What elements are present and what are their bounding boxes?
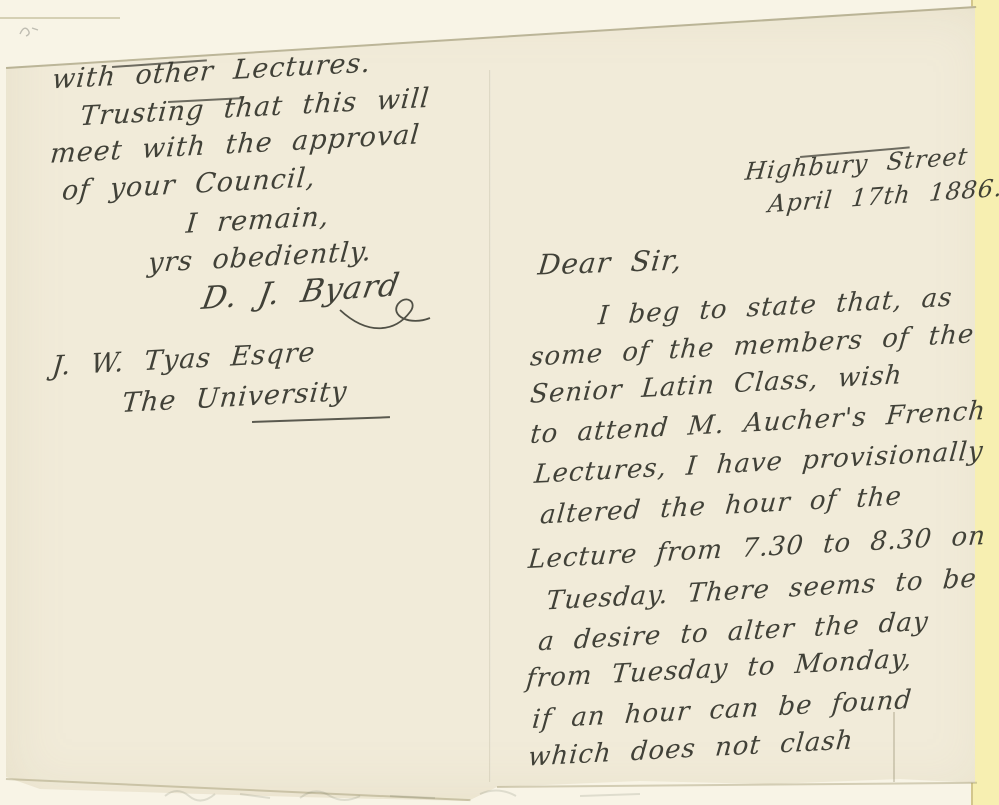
bleed-through-marks <box>160 782 720 804</box>
salutation-line: Dear Sir, <box>537 246 684 279</box>
manuscript-line: I remain, <box>185 203 331 238</box>
right-fold-crease <box>893 712 895 782</box>
center-fold-crease <box>489 70 491 782</box>
signature-flourish <box>340 292 435 337</box>
backing-sheet-edge <box>0 17 120 19</box>
pencil-mark <box>18 22 44 40</box>
letter-scan: with other Lectures. Trusting that this … <box>0 0 999 805</box>
